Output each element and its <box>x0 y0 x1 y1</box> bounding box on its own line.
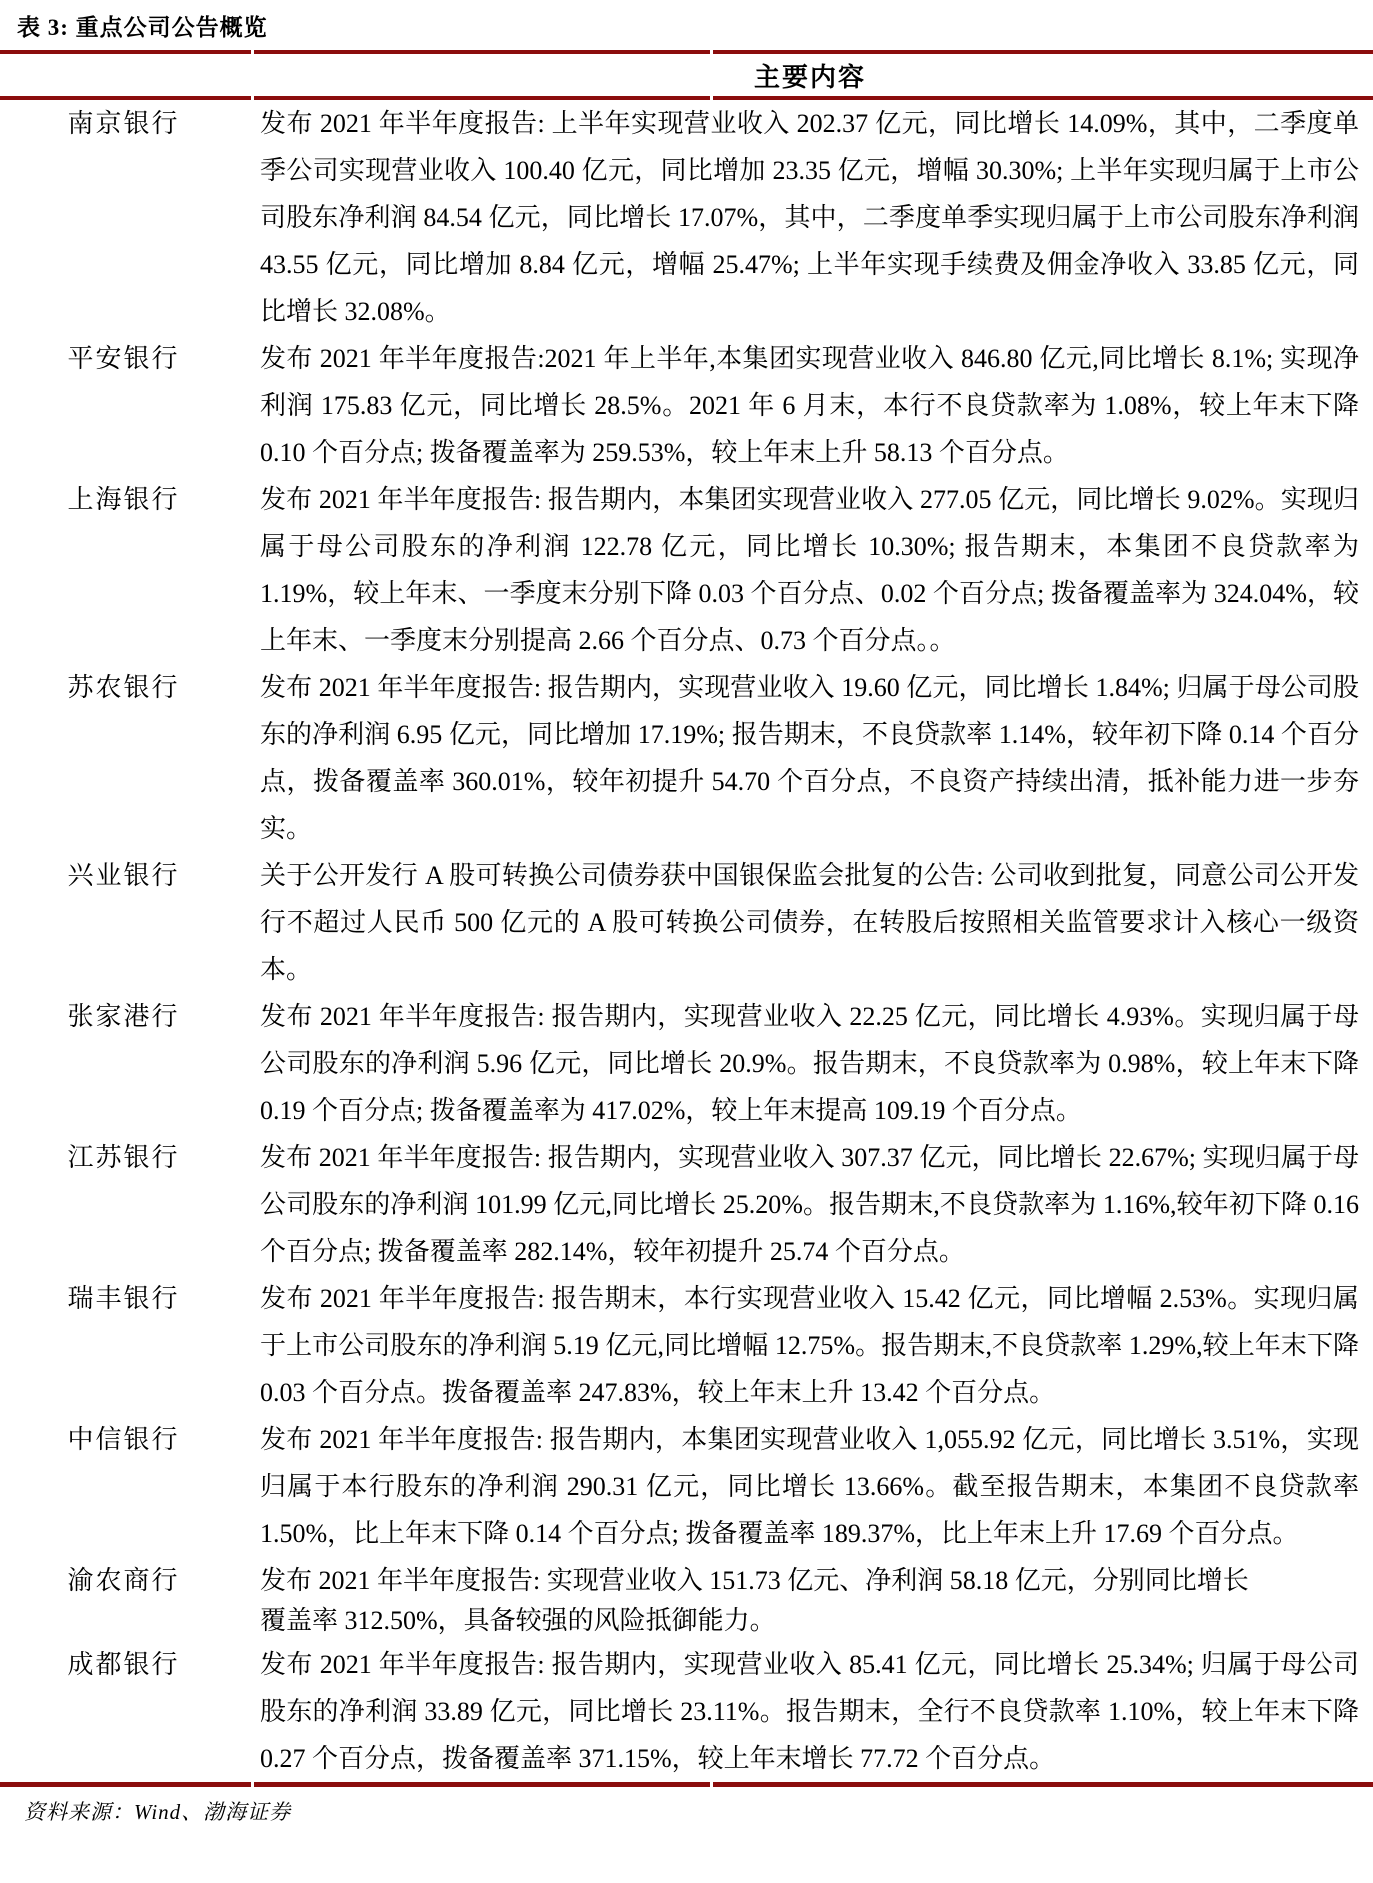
bank-name-cell: 上海银行 <box>0 476 247 523</box>
bank-name-cell: 兴业银行 <box>0 852 247 899</box>
announcement-cell: 发布 2021 年半年度报告: 报告期内，本集团实现营业收入 277.05 亿元… <box>247 476 1373 664</box>
announcement-cell: 发布 2021 年半年度报告: 报告期内，本集团实现营业收入 1,055.92 … <box>247 1416 1373 1557</box>
table-row: 渝农商行 发布 2021 年半年度报告: 实现营业收入 151.73 亿元、净利… <box>0 1557 1373 1641</box>
announcement-cell: 发布 2021 年半年度报告: 报告期内，实现营业收入 307.37 亿元，同比… <box>247 1134 1373 1275</box>
announcement-cell: 发布 2021 年半年度报告: 报告期内，实现营业收入 22.25 亿元，同比增… <box>247 993 1373 1134</box>
bank-name-cell: 江苏银行 <box>0 1134 247 1181</box>
table-row: 瑞丰银行 发布 2021 年半年度报告: 报告期末，本行实现营业收入 15.42… <box>0 1275 1373 1416</box>
rule-gap <box>710 50 713 54</box>
table-row: 江苏银行 发布 2021 年半年度报告: 报告期内，实现营业收入 307.37 … <box>0 1134 1373 1275</box>
title-rule <box>0 50 1373 54</box>
table-row: 张家港行 发布 2021 年半年度报告: 报告期内，实现营业收入 22.25 亿… <box>0 993 1373 1134</box>
announcements-table: 南京银行 发布 2021 年半年度报告: 上半年实现营业收入 202.37 亿元… <box>0 100 1373 1782</box>
announcement-cell: 发布 2021 年半年度报告: 上半年实现营业收入 202.37 亿元，同比增长… <box>247 100 1373 335</box>
rule-gap <box>251 50 254 54</box>
table-row: 成都银行 发布 2021 年半年度报告: 报告期内，实现营业收入 85.41 亿… <box>0 1641 1373 1782</box>
bank-name-cell: 成都银行 <box>0 1641 247 1688</box>
table-row: 上海银行 发布 2021 年半年度报告: 报告期内，本集团实现营业收入 277.… <box>0 476 1373 664</box>
table-row: 中信银行 发布 2021 年半年度报告: 报告期内，本集团实现营业收入 1,05… <box>0 1416 1373 1557</box>
bank-name-cell: 南京银行 <box>0 100 247 147</box>
table-header-row: 主要内容 <box>0 54 1373 96</box>
announcement-cell: 发布 2021 年半年度报告: 实现营业收入 151.73 亿元、净利润 58.… <box>247 1557 1373 1641</box>
page-title: 表 3: 重点公司公告概览 <box>0 0 1373 50</box>
rule-gap <box>251 1782 254 1787</box>
source-note: 资料来源：Wind、渤海证券 <box>0 1787 1373 1826</box>
rule-gap <box>251 96 254 100</box>
bank-name-cell: 渝农商行 <box>0 1557 247 1604</box>
announcement-cell: 发布 2021 年半年度报告:2021 年上半年,本集团实现营业收入 846.8… <box>247 335 1373 476</box>
table-row: 南京银行 发布 2021 年半年度报告: 上半年实现营业收入 202.37 亿元… <box>0 100 1373 335</box>
table-row: 兴业银行 关于公开发行 A 股可转换公司债券获中国银保监会批复的公告: 公司收到… <box>0 852 1373 993</box>
header-rule <box>0 96 1373 100</box>
announcement-cell: 发布 2021 年半年度报告: 报告期内，实现营业收入 19.60 亿元，同比增… <box>247 664 1373 852</box>
bottom-rule <box>0 1782 1373 1787</box>
announcement-cell: 发布 2021 年半年度报告: 报告期内，实现营业收入 85.41 亿元，同比增… <box>247 1641 1373 1782</box>
table-row: 苏农银行 发布 2021 年半年度报告: 报告期内，实现营业收入 19.60 亿… <box>0 664 1373 852</box>
bank-name-cell: 瑞丰银行 <box>0 1275 247 1322</box>
bank-name-cell: 苏农银行 <box>0 664 247 711</box>
bank-name-cell: 张家港行 <box>0 993 247 1040</box>
rule-gap <box>710 1782 713 1787</box>
announcement-cell: 发布 2021 年半年度报告: 报告期末，本行实现营业收入 15.42 亿元，同… <box>247 1275 1373 1416</box>
bank-name-cell: 中信银行 <box>0 1416 247 1463</box>
rule-gap <box>710 96 713 100</box>
main-content-header: 主要内容 <box>247 57 1373 94</box>
bank-name-cell: 平安银行 <box>0 335 247 382</box>
table-row: 平安银行 发布 2021 年半年度报告:2021 年上半年,本集团实现营业收入 … <box>0 335 1373 476</box>
announcement-cell: 关于公开发行 A 股可转换公司债券获中国银保监会批复的公告: 公司收到批复，同意… <box>247 852 1373 993</box>
